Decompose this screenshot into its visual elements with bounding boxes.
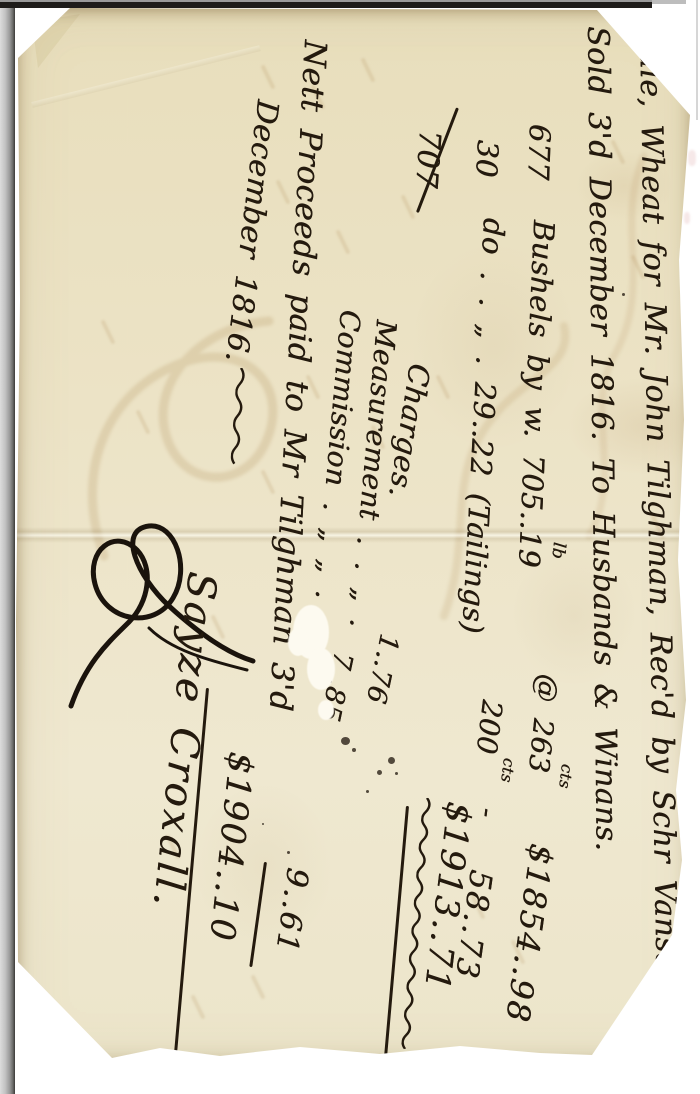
entry1-quantity: 677: [521, 123, 557, 181]
scan-right-hairline: [696, 0, 698, 120]
ink-speck: [262, 823, 264, 825]
scanner-top-bar-stub: [652, 0, 686, 4]
scanned-document-page: { "scan": { "paper_color": "#ece3c6", "i…: [0, 0, 700, 1094]
net-total-amount: $1904..10: [201, 750, 261, 944]
paper-damage-patch: [318, 700, 334, 720]
entry1-description: Bushels by w. 705..19: [512, 219, 561, 568]
entry2-quantity: 30: [469, 139, 505, 178]
ink-speck: [287, 851, 290, 854]
scan-dust-mark: [688, 150, 696, 166]
scan-dust-mark: [684, 212, 690, 224]
signature-paraph: [47, 510, 257, 750]
ink-speck: [341, 737, 350, 745]
entry2-rate-unit: cts: [497, 757, 519, 784]
entry1-amount: $1854..98: [498, 841, 561, 1025]
ink-speck: [388, 757, 395, 764]
ink-speck: [366, 790, 369, 793]
charge1-amount: 1..76: [360, 631, 405, 707]
date-line: December 1816.: [218, 98, 285, 364]
ink-speck: [352, 748, 356, 752]
manuscript-text-layer: Sale, Wheat for Mr. John Tilghman, Rec'd…: [22, 12, 677, 1052]
scanner-edge-strip: [0, 0, 15, 1094]
entry1-rate: @ 263: [522, 672, 565, 774]
entry2-rate: 200: [469, 698, 508, 756]
date-flourish-dash: [230, 368, 247, 466]
manuscript-line-title: Sale, Wheat for Mr. John Tilghman, Rec'd…: [632, 30, 684, 1004]
entry1-rate-unit: cts: [555, 763, 577, 790]
scanner-top-bar: [0, 2, 652, 8]
scanned-document-paper: Sale, Wheat for Mr. John Tilghman, Rec'd…: [14, 6, 696, 1068]
entry2-description: do . . „ . 29..22 (Tailings): [455, 217, 511, 635]
entry1-unit: lb: [547, 541, 569, 560]
ink-speck: [377, 770, 382, 775]
paper-damage-patch: [307, 648, 335, 690]
ink-speck: [622, 293, 625, 296]
manuscript-line-sold: Sold 3'd December 1816. To Husbands & Wi…: [580, 26, 624, 852]
quantity-total: 707: [408, 129, 447, 190]
ink-speck: [395, 772, 398, 775]
charges-total-underline: [250, 862, 267, 967]
paper-damage-patch: [288, 628, 308, 656]
charges-total-amount: 9..61: [268, 866, 315, 956]
